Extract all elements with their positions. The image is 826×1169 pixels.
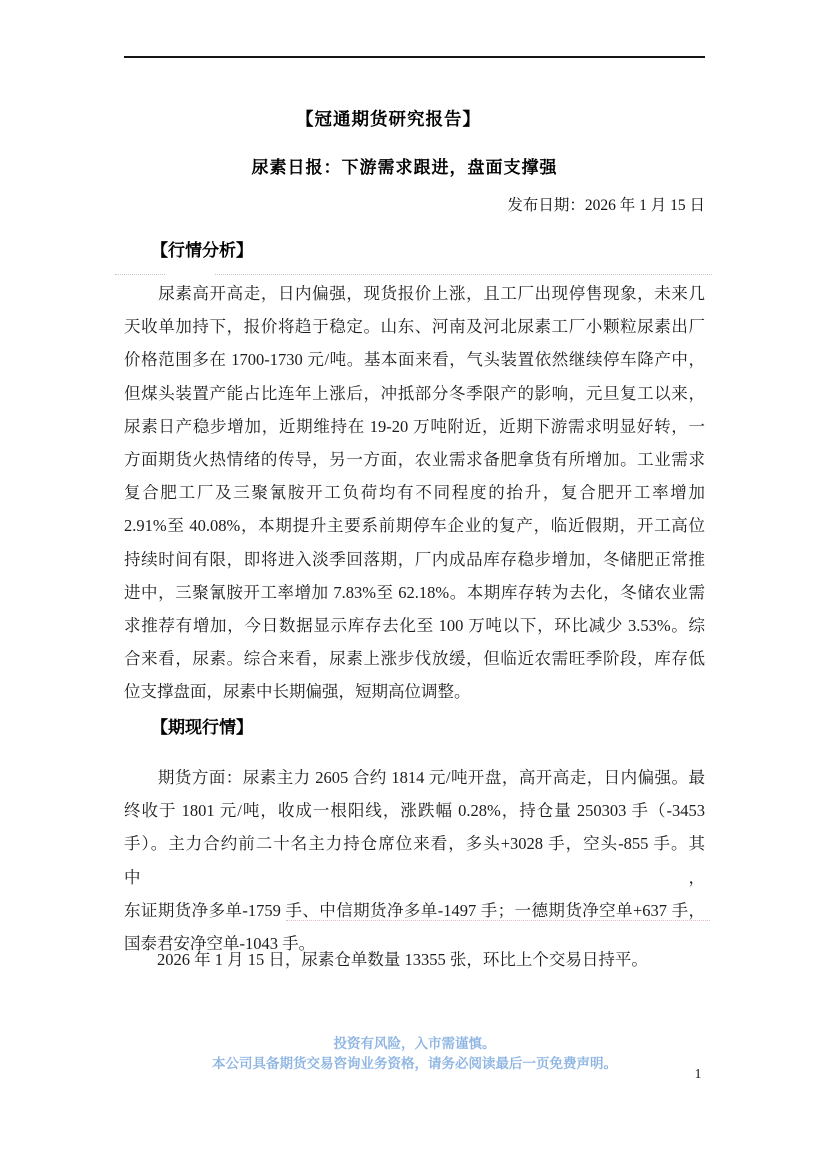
paragraph-line: 天收单加持下，报价将趋于稳定。山东、河南及河北尿素工厂小颗粒尿素出厂 — [124, 310, 705, 343]
page-footer: 投资有风险，入市需谨慎。 本公司具备期货交易咨询业务资格，请务必阅读最后一页免费… — [124, 1034, 705, 1073]
paragraph-line: 尿素高开高走，日内偏强，现货报价上涨，且工厂出现停售现象，未来几 — [124, 277, 705, 310]
paragraph-line: 但煤头装置产能占比连年上涨后，冲抵部分冬季限产的影响，元旦复工以来， — [124, 377, 705, 410]
report-page: 【冠通期货研究报告】 尿素日报：下游需求跟进，盘面支撑强 发布日期：2026 年… — [0, 0, 826, 1169]
report-subtitle: 尿素日报：下游需求跟进，盘面支撑强 — [124, 153, 705, 178]
paragraph-line: 尿素日产稳步增加，近期维持在 19-20 万吨附近，近期下游需求明显好转，一 — [124, 410, 705, 443]
paragraph-line: 方面期货火热情绪的传导，另一方面，农业需求备肥拿货有所增加。工业需求 — [124, 443, 705, 476]
futures-paragraph: 期货方面：尿素主力 2605 合约 1814 元/吨开盘，高开高走，日内偏强。最… — [124, 761, 705, 960]
footer-risk-warning: 投资有风险，入市需谨慎。 — [124, 1034, 705, 1054]
section-heading-futures-spot: 【期现行情】 — [124, 713, 705, 738]
paragraph-line: 东证期货净多单-1759 手、中信期货净多单-1497 手；一德期货净空单+63… — [124, 894, 705, 927]
report-title: 【冠通期货研究报告】 — [124, 106, 705, 131]
paragraph-line: 期货方面：尿素主力 2605 合约 1814 元/吨开盘，高开高走，日内偏强。最 — [124, 761, 705, 794]
paragraph-line: 位支撑盘面，尿素中长期偏强，短期高位调整。 — [124, 675, 705, 708]
publish-date: 发布日期：2026 年 1 月 15 日 — [124, 193, 705, 215]
paragraph-line: 复合肥工厂及三聚氰胺开工负荷均有不同程度的抬升，复合肥开工率增加 — [124, 476, 705, 509]
section-heading-market-analysis: 【行情分析】 — [124, 236, 705, 261]
paragraph-line: 2026 年 1 月 15 日，尿素仓单数量 13355 张，环比上个交易日持平… — [124, 943, 705, 976]
paragraph-line: 价格范围多在 1700-1730 元/吨。基本面来看，气头装置依然继续停车降产中… — [124, 343, 705, 376]
proofing-dotted-line — [115, 274, 165, 275]
market-analysis-paragraph: 尿素高开高走，日内偏强，现货报价上涨，且工厂出现停售现象，未来几天收单加持下，报… — [124, 277, 705, 709]
paragraph-line: 进中，三聚氰胺开工率增加 7.83%至 62.18%。本期库存转为去化，冬储农业… — [124, 576, 705, 609]
footer-disclaimer: 本公司具备期货交易咨询业务资格，请务必阅读最后一页免费声明。 — [124, 1054, 705, 1074]
paragraph-line: 2.91%至 40.08%，本期提升主要系前期停车企业的复产，临近假期，开工高位 — [124, 509, 705, 542]
header-rule — [124, 56, 705, 58]
page-number: 1 — [688, 1066, 708, 1082]
warehouse-receipt-paragraph: 2026 年 1 月 15 日，尿素仓单数量 13355 张，环比上个交易日持平… — [124, 943, 705, 976]
proofing-dotted-line-pink — [286, 920, 710, 921]
paragraph-line: 求推荐有增加，今日数据显示库存去化至 100 万吨以下，环比减少 3.53%。综 — [124, 609, 705, 642]
paragraph-line: 持续时间有限，即将进入淡季回落期，厂内成品库存稳步增加，冬储肥正常推 — [124, 543, 705, 576]
paragraph-line: 合来看，尿素。综合来看，尿素上涨步伐放缓，但临近农需旺季阶段，库存低 — [124, 642, 705, 675]
paragraph-line: 手）。主力合约前二十名主力持仓席位来看，多头+3028 手，空头-855 手。其… — [124, 827, 705, 893]
paragraph-line: 终收于 1801 元/吨，收成一根阳线，涨跌幅 0.28%，持仓量 250303… — [124, 794, 705, 827]
proofing-dotted-line — [215, 274, 712, 275]
